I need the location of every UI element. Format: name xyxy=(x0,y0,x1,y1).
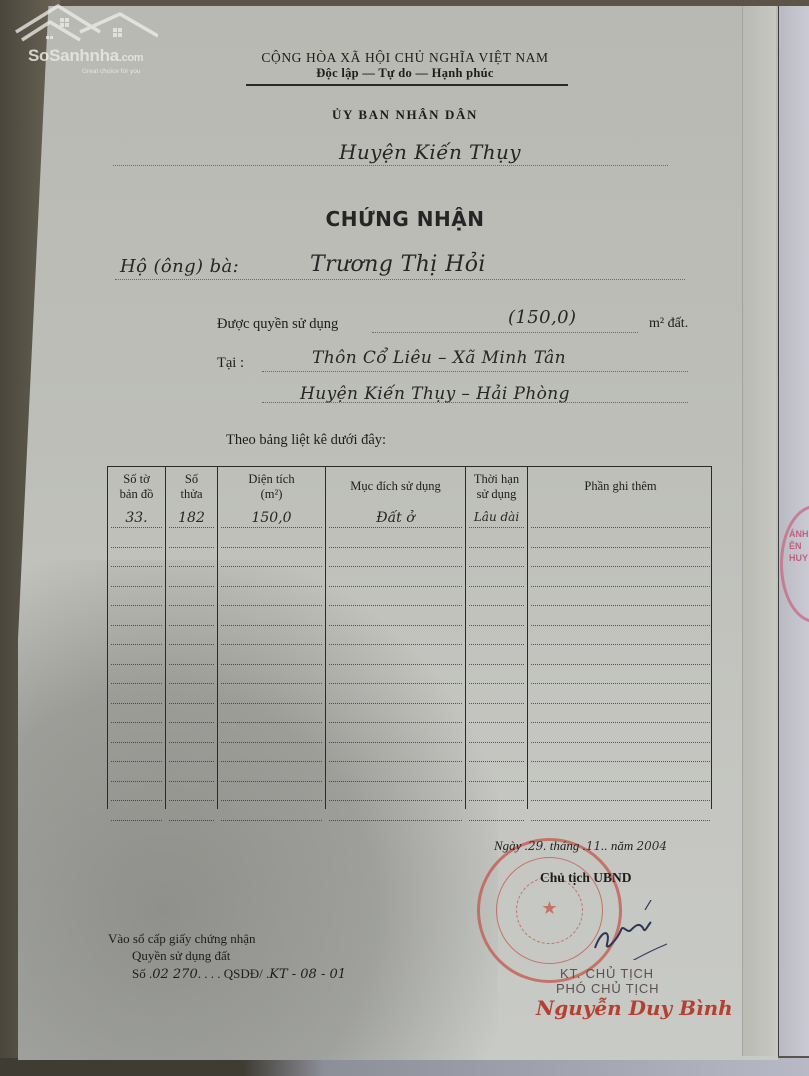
table-row-rule xyxy=(169,586,214,587)
table-row-rule xyxy=(469,625,524,626)
on-behalf-title: KT. CHỦ TỊCH xyxy=(560,966,654,981)
table-row-rule xyxy=(329,722,462,723)
area-unit: m² đất. xyxy=(649,316,688,332)
table-row-rule xyxy=(221,722,322,723)
registry-line-1: Vào sổ cấp giấy chứng nhận xyxy=(108,931,255,947)
column-header: Mục đích sử dụng xyxy=(326,467,465,509)
location-label: Tại : xyxy=(217,355,244,372)
table-row-rule xyxy=(329,781,462,782)
house-roof-icon xyxy=(8,2,158,52)
location-line-1: Thôn Cổ Liêu – Xã Minh Tân xyxy=(312,348,566,368)
column-header: Diện tích (m²) xyxy=(218,467,325,509)
table-row-rule xyxy=(329,683,462,684)
table-row-rule xyxy=(329,800,462,801)
column-header: Thời hạn sử dụng xyxy=(466,467,527,509)
table-row-rule xyxy=(469,722,524,723)
table-row-rule xyxy=(221,664,322,665)
table-caption: Theo bảng liệt kê dưới đây: xyxy=(226,432,386,449)
column-parcel-number: Số thửa 182 xyxy=(166,467,218,809)
date-label: Ngày xyxy=(494,838,521,853)
column-header: Số thửa xyxy=(166,467,217,509)
national-motto: Độc lập — Tự do — Hạnh phúc xyxy=(230,66,580,81)
table-row-rule xyxy=(111,566,162,567)
table-row-rule xyxy=(221,761,322,762)
area-dotted-line xyxy=(372,318,638,333)
table-row-rule xyxy=(221,781,322,782)
table-row-rule xyxy=(329,761,462,762)
table-cell: 150,0 xyxy=(218,510,325,526)
column-notes: Phần ghi thêm xyxy=(528,467,713,809)
table-cell: 33. xyxy=(108,510,165,526)
side-stamp-text: HUY xyxy=(789,552,809,564)
registry-number-middle: . . . . QSDĐ/ . xyxy=(198,966,270,981)
table-row-rule xyxy=(221,527,322,528)
table-row-rule xyxy=(169,605,214,606)
watermark-brand: SoSanhnha.com xyxy=(28,46,143,66)
table-row-rule xyxy=(221,547,322,548)
table-row-rule xyxy=(531,566,710,567)
column-area: Diện tích (m²) 150,0 xyxy=(218,467,326,809)
table-row-rule xyxy=(169,781,214,782)
table-row-rule xyxy=(111,605,162,606)
table-row-rule xyxy=(111,625,162,626)
table-row-rule xyxy=(469,781,524,782)
land-parcel-table: Số tờ bản đồ 33. Số thửa 182 Diện tích (… xyxy=(107,466,712,809)
column-header: Phần ghi thêm xyxy=(528,467,713,509)
header-divider xyxy=(246,84,568,86)
background-bottom xyxy=(0,1058,809,1076)
date-month: 11 xyxy=(586,839,601,853)
table-row-rule xyxy=(329,586,462,587)
watermark-tagline: Great choice for you xyxy=(82,68,141,75)
table-row-rule xyxy=(531,527,710,528)
location-line-2: Huyện Kiến Thụy – Hải Phòng xyxy=(300,384,570,404)
signer-name: Nguyễn Duy Bình xyxy=(536,996,733,1020)
star-icon: ★ xyxy=(517,898,582,919)
table-row-rule xyxy=(221,703,322,704)
table-row-rule xyxy=(531,683,710,684)
table-row-rule xyxy=(469,742,524,743)
table-row-rule xyxy=(221,683,322,684)
table-row-rule xyxy=(531,586,710,587)
table-cell: Lâu dài xyxy=(466,510,527,524)
deputy-title: PHÓ CHỦ TỊCH xyxy=(556,981,659,996)
issuer-title: ỦY BAN NHÂN DÂN xyxy=(230,107,580,123)
date-year: 2004 xyxy=(637,839,668,853)
table-row-rule xyxy=(329,742,462,743)
registry-line-2: Quyền sử dụng đất xyxy=(132,948,230,964)
holder-label: Hộ (ông) bà: xyxy=(120,256,239,277)
table-row-rule xyxy=(469,703,524,704)
table-row-rule xyxy=(469,683,524,684)
table-row-rule xyxy=(329,644,462,645)
side-stamp-text: ÊN xyxy=(789,540,809,552)
table-row-rule xyxy=(531,703,710,704)
area-label: Được quyền sử dụng xyxy=(217,316,338,333)
table-row-rule xyxy=(469,644,524,645)
table-row-rule xyxy=(169,761,214,762)
table-row-rule xyxy=(221,566,322,567)
handwritten-signature-icon xyxy=(587,900,667,960)
table-row-rule xyxy=(531,820,710,821)
table-cell: Đất ở xyxy=(326,510,465,526)
column-duration: Thời hạn sử dụng Lâu dài xyxy=(466,467,528,809)
table-row-rule xyxy=(169,625,214,626)
table-row-rule xyxy=(111,683,162,684)
table-row-rule xyxy=(221,820,322,821)
year-label: năm xyxy=(611,838,633,853)
table-row-rule xyxy=(329,820,462,821)
table-row-rule xyxy=(111,820,162,821)
table-row-rule xyxy=(531,761,710,762)
table-row-rule xyxy=(111,761,162,762)
registry-number-suffix: KT - 08 - 01 xyxy=(269,967,346,982)
table-cell: 182 xyxy=(166,510,217,526)
registry-number-value: 02 270 xyxy=(152,967,198,982)
district-handwritten: Huyện Kiến Thụy xyxy=(290,140,570,164)
column-land-use-purpose: Mục đích sử dụng Đất ở xyxy=(326,467,466,809)
table-row-rule xyxy=(531,781,710,782)
table-row-rule xyxy=(111,527,162,528)
table-row-rule xyxy=(531,722,710,723)
table-row-rule xyxy=(169,800,214,801)
table-row-rule xyxy=(111,722,162,723)
page-fold-edge xyxy=(742,6,776,1056)
table-row-rule xyxy=(531,547,710,548)
table-row-rule xyxy=(169,722,214,723)
table-row-rule xyxy=(169,703,214,704)
table-row-rule xyxy=(531,625,710,626)
table-row-rule xyxy=(169,820,214,821)
table-row-rule xyxy=(531,800,710,801)
signer-role: Chủ tịch UBND xyxy=(540,870,632,886)
column-header: Số tờ bản đồ xyxy=(108,467,165,509)
table-row-rule xyxy=(221,586,322,587)
certificate-title: CHỨNG NHẬN xyxy=(230,207,580,231)
table-row-rule xyxy=(111,703,162,704)
table-row-rule xyxy=(111,742,162,743)
table-row-rule xyxy=(469,527,524,528)
date-day: 29 xyxy=(528,839,543,853)
table-row-rule xyxy=(111,586,162,587)
table-row-rule xyxy=(469,761,524,762)
table-row-rule xyxy=(329,527,462,528)
table-row-rule xyxy=(169,547,214,548)
area-value: (150,0) xyxy=(508,307,576,328)
table-row-rule xyxy=(169,566,214,567)
table-row-rule xyxy=(221,625,322,626)
table-row-rule xyxy=(111,644,162,645)
table-row-rule xyxy=(469,586,524,587)
issue-date: Ngày .29. tháng .11.. năm 2004 xyxy=(494,838,667,854)
table-row-rule xyxy=(221,800,322,801)
national-title: CỘNG HÒA XÃ HỘI CHỦ NGHĨA VIỆT NAM xyxy=(230,50,580,66)
table-row-rule xyxy=(111,664,162,665)
table-row-rule xyxy=(469,800,524,801)
side-stamp-text: ÁNH xyxy=(789,528,809,540)
table-row-rule xyxy=(221,644,322,645)
table-row-rule xyxy=(469,820,524,821)
registry-number-prefix: Số . xyxy=(132,966,152,981)
table-row-rule xyxy=(469,605,524,606)
sosanhnha-watermark: SoSanhnha.com Great choice for you xyxy=(8,2,158,80)
table-row-rule xyxy=(169,664,214,665)
table-row-rule xyxy=(111,781,162,782)
table-row-rule xyxy=(169,527,214,528)
table-row-rule xyxy=(169,683,214,684)
table-row-rule xyxy=(221,605,322,606)
holder-name: Trương Thị Hỏi xyxy=(310,252,486,277)
table-row-rule xyxy=(469,566,524,567)
table-row-rule xyxy=(221,742,322,743)
registry-number: Số .02 270. . . . QSDĐ/ .KT - 08 - 01 xyxy=(132,966,346,982)
month-label: tháng xyxy=(550,838,580,853)
table-row-rule xyxy=(531,664,710,665)
table-row-rule xyxy=(329,566,462,567)
table-row-rule xyxy=(531,742,710,743)
table-row-rule xyxy=(531,605,710,606)
table-row-rule xyxy=(531,644,710,645)
table-row-rule xyxy=(169,742,214,743)
table-row-rule xyxy=(111,800,162,801)
column-map-sheet: Số tờ bản đồ 33. xyxy=(108,467,166,809)
table-row-rule xyxy=(469,664,524,665)
national-emblem-icon: ★ xyxy=(516,877,583,944)
table-row-rule xyxy=(329,547,462,548)
table-row-rule xyxy=(169,644,214,645)
table-row-rule xyxy=(329,664,462,665)
table-row-rule xyxy=(329,625,462,626)
table-row-rule xyxy=(329,703,462,704)
table-row-rule xyxy=(111,547,162,548)
table-row-rule xyxy=(329,605,462,606)
table-row-rule xyxy=(469,547,524,548)
